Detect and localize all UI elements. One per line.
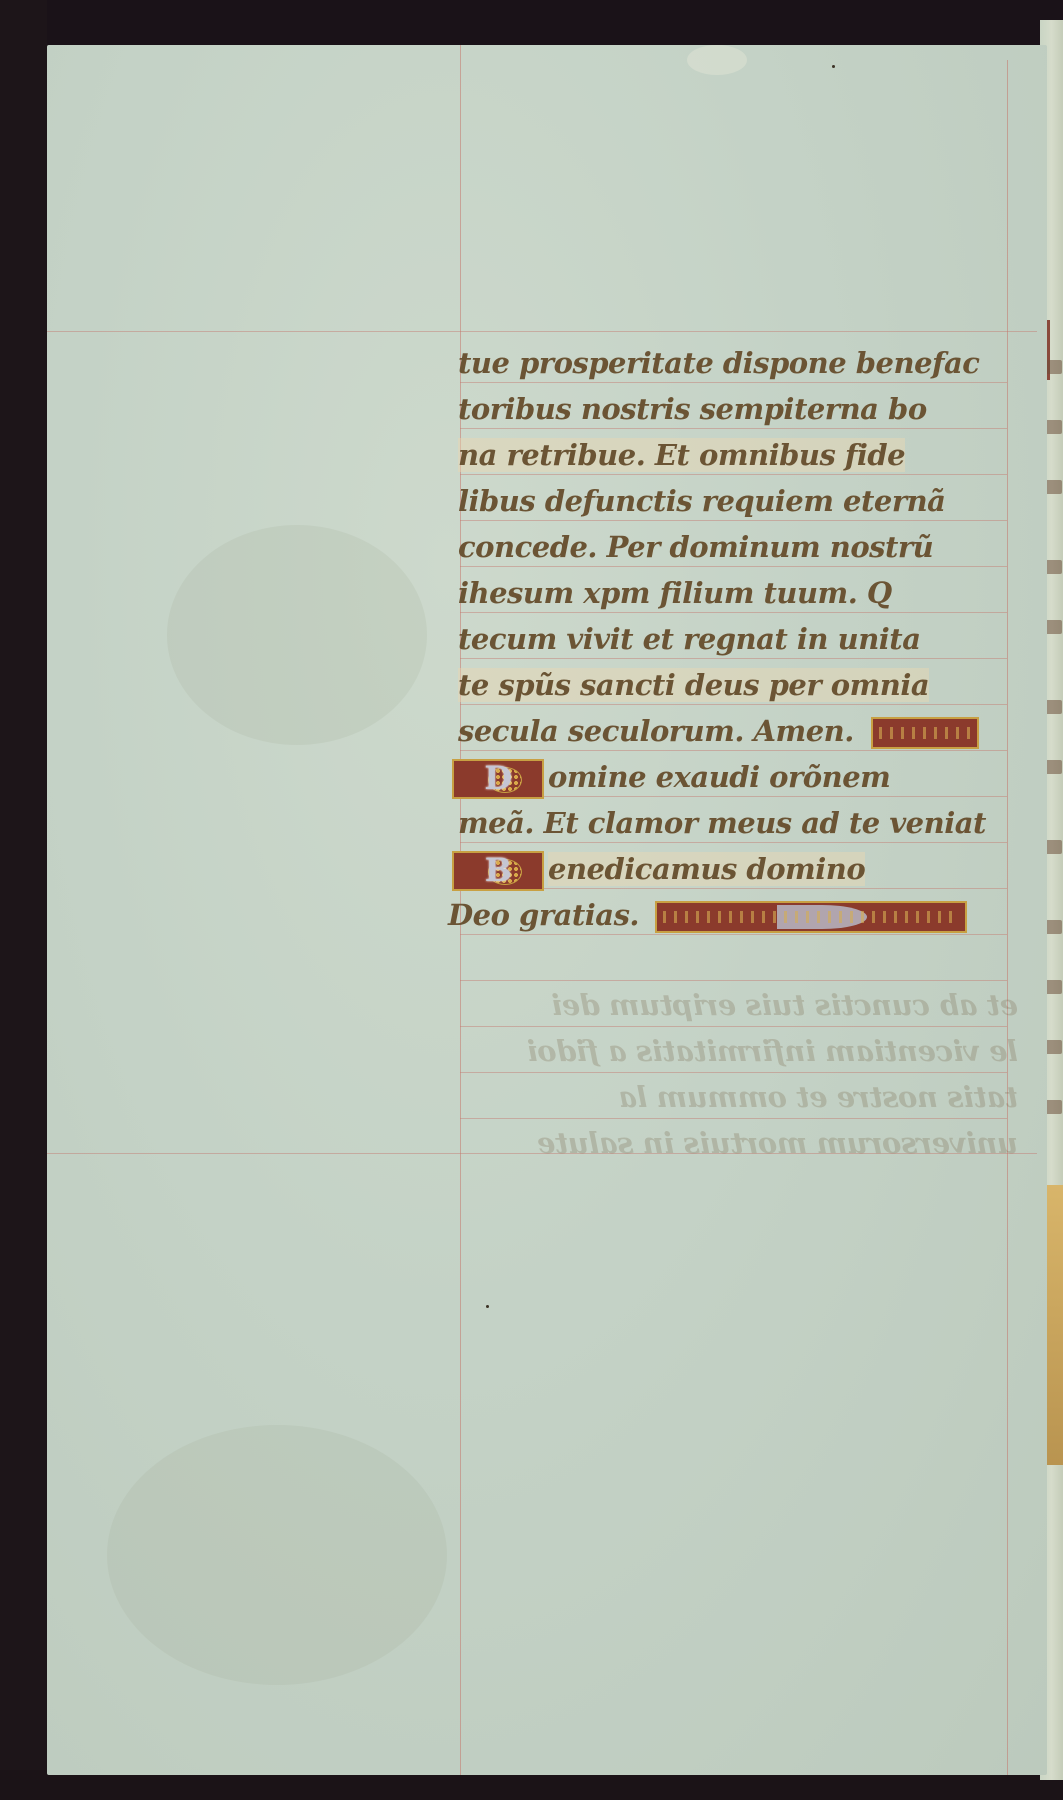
text-line-content: na retribue. Et omnibus fide bbox=[458, 438, 905, 472]
ink-speck bbox=[486, 1305, 489, 1308]
text-line: ihesum xpm filium tuum. Q bbox=[458, 570, 1018, 616]
initial-letter: D bbox=[484, 759, 511, 797]
text-line: toribus nostris sempiterna bo bbox=[458, 386, 1018, 432]
ruling-line-horizontal bbox=[47, 331, 1037, 332]
show-through-line: le vicentiam infirmitatis a fidoi bbox=[458, 1028, 1018, 1074]
text-line: libus defunctis requiem eternã bbox=[458, 478, 1018, 524]
text-line-content: secula seculorum. Amen. bbox=[458, 714, 854, 748]
text-line: meã. Et clamor meus ad te veniat bbox=[458, 800, 1018, 846]
versicle-text: omine exaudi orõnem bbox=[548, 760, 890, 794]
text-column: tue prosperitate dispone benefac toribus… bbox=[458, 340, 1018, 938]
versicle-text: enedicamus domino bbox=[548, 852, 865, 886]
versicle-line: Domine exaudi orõnem bbox=[458, 754, 1018, 800]
illuminated-initial-b: B bbox=[452, 851, 544, 891]
stain bbox=[687, 45, 747, 75]
line-filler-bar bbox=[871, 717, 979, 749]
background-top bbox=[0, 0, 1063, 45]
show-through-line: et ab cunctis tuis eriptum dei bbox=[458, 982, 1018, 1028]
versicle-line: Benedicamus domino bbox=[458, 846, 1018, 892]
text-line: secula seculorum. Amen. bbox=[458, 708, 1018, 754]
text-line: na retribue. Et omnibus fide bbox=[458, 432, 1018, 478]
closing-line: Deo gratias. bbox=[448, 892, 1018, 938]
show-through-line: tatis nostre et ommum la bbox=[458, 1074, 1018, 1120]
ink-speck bbox=[832, 65, 835, 68]
line-filler-bar bbox=[655, 901, 967, 933]
show-through-line: universorum mortuis in salute bbox=[458, 1120, 1018, 1166]
ruling-line-horizontal bbox=[460, 980, 1007, 981]
filler-acanthus bbox=[777, 905, 867, 929]
text-line-content: te spũs sancti deus per omnia bbox=[458, 668, 929, 702]
stain bbox=[107, 1425, 447, 1685]
closing-text: Deo gratias. bbox=[448, 898, 639, 932]
text-line: te spũs sancti deus per omnia bbox=[458, 662, 1018, 708]
background-left bbox=[0, 0, 47, 1800]
text-line: concede. Per dominum nostrũ bbox=[458, 524, 1018, 570]
text-line: tecum vivit et regnat in unita bbox=[458, 616, 1018, 662]
stain bbox=[167, 525, 427, 745]
text-line: tue prosperitate dispone benefac bbox=[458, 340, 1018, 386]
illuminated-initial-d: D bbox=[452, 759, 544, 799]
show-through-text: et ab cunctis tuis eriptum dei le vicent… bbox=[458, 982, 1018, 1166]
initial-letter: B bbox=[485, 851, 512, 889]
